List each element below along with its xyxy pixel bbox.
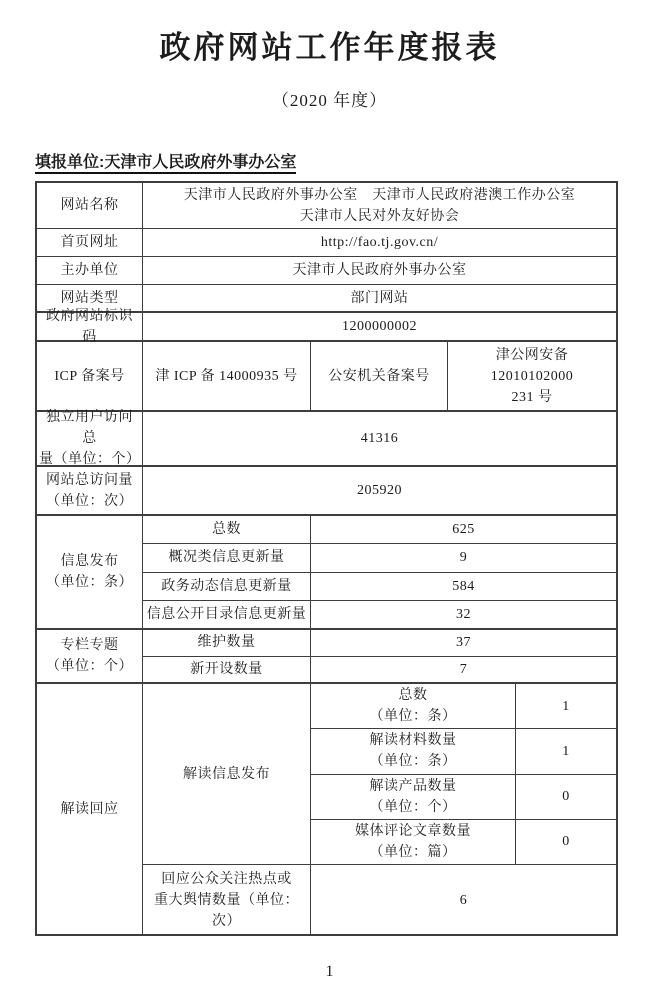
columns-topics-new-label: 新开设数量 — [142, 657, 310, 683]
interpretation-total-label: 总数 （单位：条） — [310, 684, 515, 728]
total-visits-value: 205920 — [142, 467, 616, 514]
interpretation-product-label: 解读产品数量 （单位：个） — [310, 775, 515, 819]
interpretation-label: 解读回应 — [37, 684, 142, 934]
homepage-url-label: 首页网址 — [37, 229, 142, 256]
site-name-label: 网站名称 — [37, 183, 142, 228]
interpretation-material-value: 1 — [515, 729, 616, 773]
info-publish-total-row: 总数 625 — [142, 516, 616, 543]
icp-label: ICP 备案号 — [37, 342, 142, 410]
unique-visitors-label: 独立用户访问总 量（单位：个） — [37, 412, 142, 465]
interpretation-response-row: 回应公众关注热点或 重大舆情数量（单位： 次） 6 — [142, 864, 616, 935]
info-publish-subtable: 总数 625 概况类信息更新量 9 政务动态信息更新量 584 信息公开目录信息… — [142, 516, 616, 628]
interpretation-product-row: 解读产品数量 （单位：个） 0 — [310, 774, 616, 819]
row-info-publish: 信息发布 （单位：条） 总数 625 概况类信息更新量 9 政务动态信息更新量 … — [37, 514, 616, 628]
interpretation-response-label: 回应公众关注热点或 重大舆情数量（单位： 次） — [142, 865, 310, 935]
interpretation-response-value: 6 — [310, 865, 616, 935]
police-record-number: 津公网安备 12010102000 231 号 — [447, 342, 616, 410]
row-icp: ICP 备案号 津 ICP 备 14000935 号 公安机关备案号 津公网安备… — [37, 340, 616, 410]
row-columns-topics: 专栏专题 （单位：个） 维护数量 37 新开设数量 7 — [37, 628, 616, 682]
interpretation-media-row: 媒体评论文章数量 （单位：篇） 0 — [310, 819, 616, 864]
site-name-value: 天津市人民政府外事办公室 天津市人民政府港澳工作办公室 天津市人民对外友好协会 — [142, 183, 616, 228]
site-id-label: 政府网站标识码 — [37, 313, 142, 340]
row-interpretation: 解读回应 解读信息发布 总数 （单位：条） 1 解读材料数量 （单位：条） 1 — [37, 682, 616, 934]
row-total-visits: 网站总访问量 （单位：次） 205920 — [37, 465, 616, 514]
interpretation-subtable: 解读信息发布 总数 （单位：条） 1 解读材料数量 （单位：条） 1 解读产品数… — [142, 684, 616, 934]
columns-topics-new-value: 7 — [310, 657, 616, 683]
interpretation-product-value: 0 — [515, 775, 616, 819]
report-table: 网站名称 天津市人民政府外事办公室 天津市人民政府港澳工作办公室 天津市人民对外… — [35, 181, 618, 936]
organizer-label: 主办单位 — [37, 257, 142, 284]
columns-topics-maintained-label: 维护数量 — [142, 630, 310, 656]
info-publish-overview-value: 9 — [310, 544, 616, 571]
icp-number: 津 ICP 备 14000935 号 — [142, 342, 310, 410]
row-site-id: 政府网站标识码 1200000002 — [37, 311, 616, 340]
info-publish-label: 信息发布 （单位：条） — [37, 516, 142, 628]
interpretation-total-row: 总数 （单位：条） 1 — [310, 684, 616, 728]
row-unique-visitors: 独立用户访问总 量（单位：个） 41316 — [37, 410, 616, 465]
columns-topics-label: 专栏专题 （单位：个） — [37, 630, 142, 682]
info-publish-dynamics-row: 政务动态信息更新量 584 — [142, 572, 616, 600]
page-subtitle: （2020 年度） — [0, 90, 659, 112]
reporting-unit-text: 填报单位:天津市人民政府外事办公室 — [35, 154, 296, 174]
columns-topics-new-row: 新开设数量 7 — [142, 656, 616, 683]
interpretation-media-label: 媒体评论文章数量 （单位：篇） — [310, 820, 515, 864]
interpretation-publish-label: 解读信息发布 — [142, 684, 310, 864]
interpretation-total-value: 1 — [515, 684, 616, 728]
info-publish-dynamics-label: 政务动态信息更新量 — [142, 573, 310, 600]
info-publish-directory-label: 信息公开目录信息更新量 — [142, 601, 310, 628]
row-homepage-url: 首页网址 http://fao.tj.gov.cn/ — [37, 228, 616, 256]
page-title: 政府网站工作年度报表 — [0, 0, 659, 68]
organizer-value: 天津市人民政府外事办公室 — [142, 257, 616, 284]
interpretation-material-label: 解读材料数量 （单位：条） — [310, 729, 515, 773]
site-id-value: 1200000002 — [142, 313, 616, 340]
report-page: 政府网站工作年度报表 （2020 年度） 填报单位:天津市人民政府外事办公室 网… — [0, 0, 659, 982]
row-organizer: 主办单位 天津市人民政府外事办公室 — [37, 256, 616, 284]
interpretation-publish-items: 总数 （单位：条） 1 解读材料数量 （单位：条） 1 解读产品数量 （单位：个… — [310, 684, 616, 864]
info-publish-total-value: 625 — [310, 516, 616, 543]
info-publish-total-label: 总数 — [142, 516, 310, 543]
columns-topics-maintained-row: 维护数量 37 — [142, 630, 616, 656]
site-type-value: 部门网站 — [142, 285, 616, 311]
unique-visitors-value: 41316 — [142, 412, 616, 465]
row-site-name: 网站名称 天津市人民政府外事办公室 天津市人民政府港澳工作办公室 天津市人民对外… — [37, 183, 616, 228]
info-publish-overview-row: 概况类信息更新量 9 — [142, 543, 616, 571]
homepage-url-value: http://fao.tj.gov.cn/ — [142, 229, 616, 256]
interpretation-media-value: 0 — [515, 820, 616, 864]
interpretation-material-row: 解读材料数量 （单位：条） 1 — [310, 728, 616, 773]
columns-topics-subtable: 维护数量 37 新开设数量 7 — [142, 630, 616, 682]
columns-topics-maintained-value: 37 — [310, 630, 616, 656]
interpretation-publish-block: 解读信息发布 总数 （单位：条） 1 解读材料数量 （单位：条） 1 解读产品数… — [142, 684, 616, 864]
info-publish-overview-label: 概况类信息更新量 — [142, 544, 310, 571]
total-visits-label: 网站总访问量 （单位：次） — [37, 467, 142, 514]
info-publish-dynamics-value: 584 — [310, 573, 616, 600]
info-publish-directory-value: 32 — [310, 601, 616, 628]
page-number: 1 — [0, 962, 659, 982]
police-record-label: 公安机关备案号 — [310, 342, 447, 410]
info-publish-directory-row: 信息公开目录信息更新量 32 — [142, 600, 616, 628]
reporting-unit: 填报单位:天津市人民政府外事办公室 — [35, 152, 659, 174]
